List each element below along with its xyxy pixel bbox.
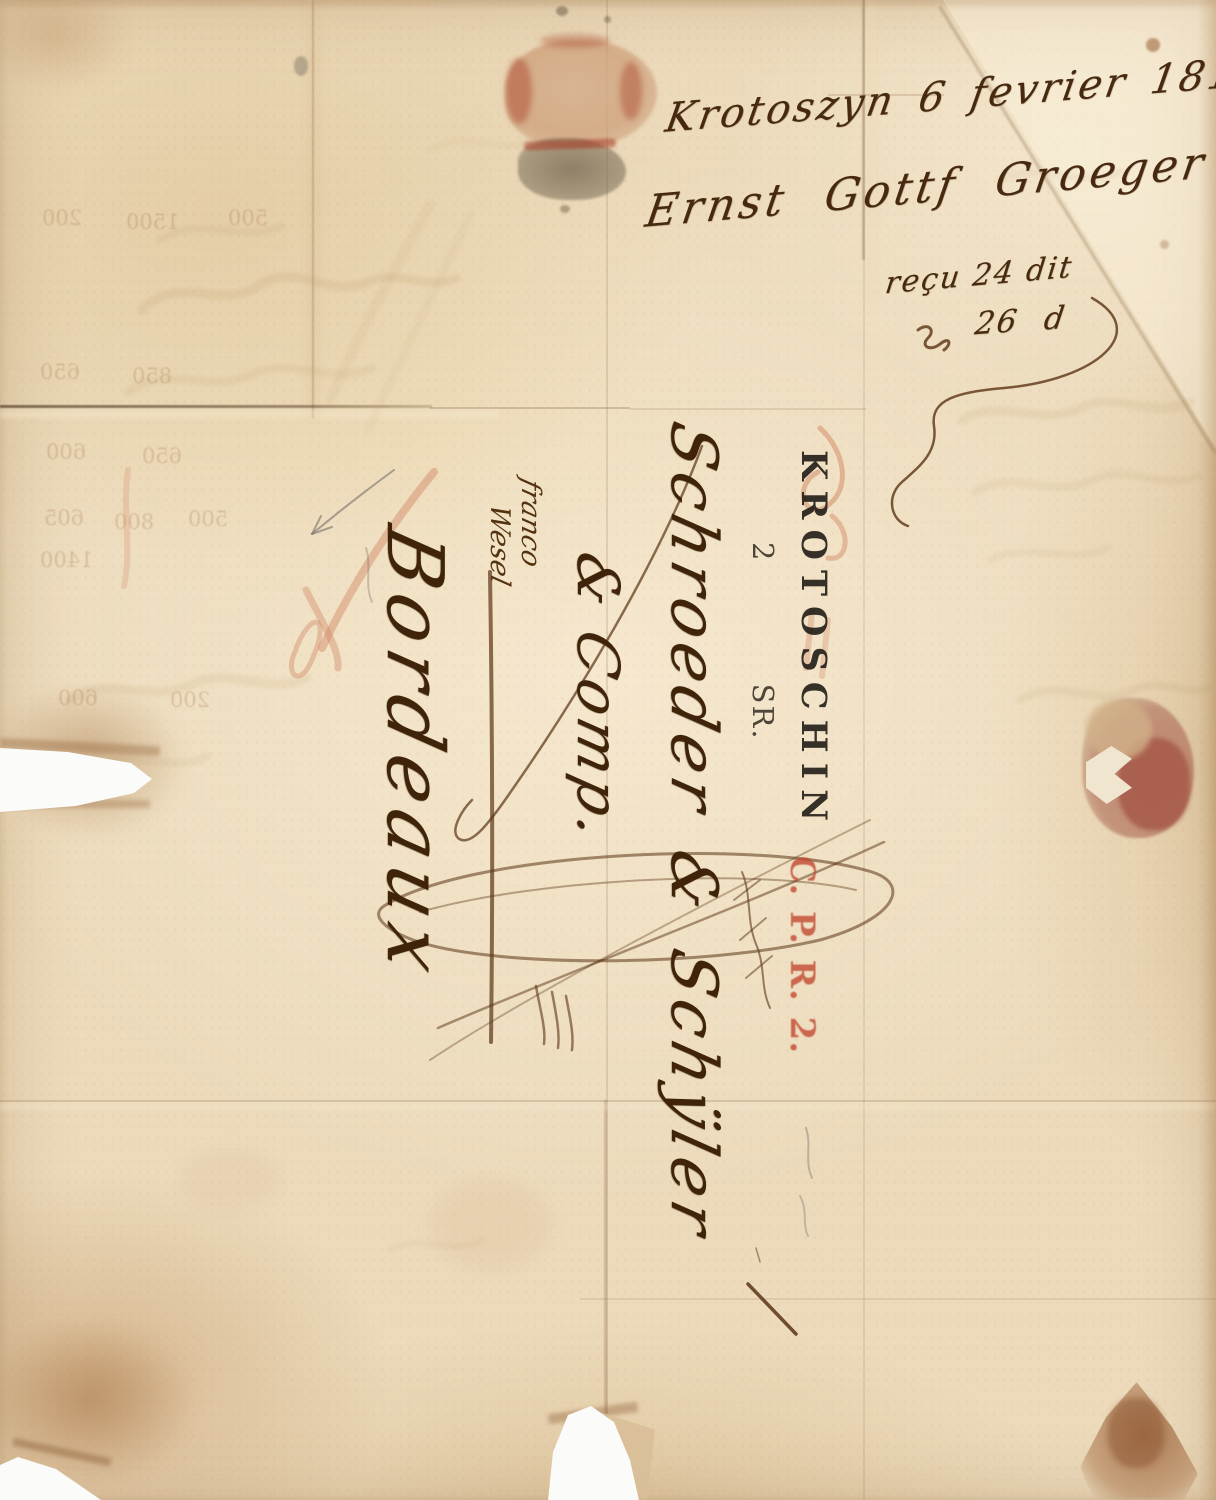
letter-scan: 200 1500 500 650 850 600 650 605 800 500… xyxy=(0,0,1216,1500)
letter-paper: 200 1500 500 650 850 600 650 605 800 500… xyxy=(0,0,1216,1500)
address-line1-text: Schroeder & Schÿler xyxy=(644,412,742,1251)
address-line1: Schroeder & Schÿler xyxy=(644,424,742,1114)
routing-crossed-text: Wesel xyxy=(484,501,515,589)
town-stamp-text: KROTOSCHIN xyxy=(790,450,836,830)
address-line2: & Comp. xyxy=(552,554,644,1114)
rate-mark-text: 2 SR. xyxy=(736,450,790,830)
town-stamp-block: KROTOSCHIN 2 SR. xyxy=(736,450,836,830)
routing-franco-text: franco xyxy=(515,475,546,570)
address-line2-text: & Comp. xyxy=(552,543,644,854)
endorsement-replied-note: 26 d xyxy=(973,300,1069,343)
red-transit-stamp-text: C. P. R. 2. xyxy=(782,856,822,1116)
routing-note: franco Wesel xyxy=(484,479,546,1114)
address-block: Schroeder & Schÿler & Comp. franco Wesel… xyxy=(358,424,742,1114)
address-city-text: Bordeaux xyxy=(358,515,470,993)
address-city: Bordeaux xyxy=(358,529,470,1114)
red-transit-stamp-block: C. P. R. 2. xyxy=(782,856,822,1116)
